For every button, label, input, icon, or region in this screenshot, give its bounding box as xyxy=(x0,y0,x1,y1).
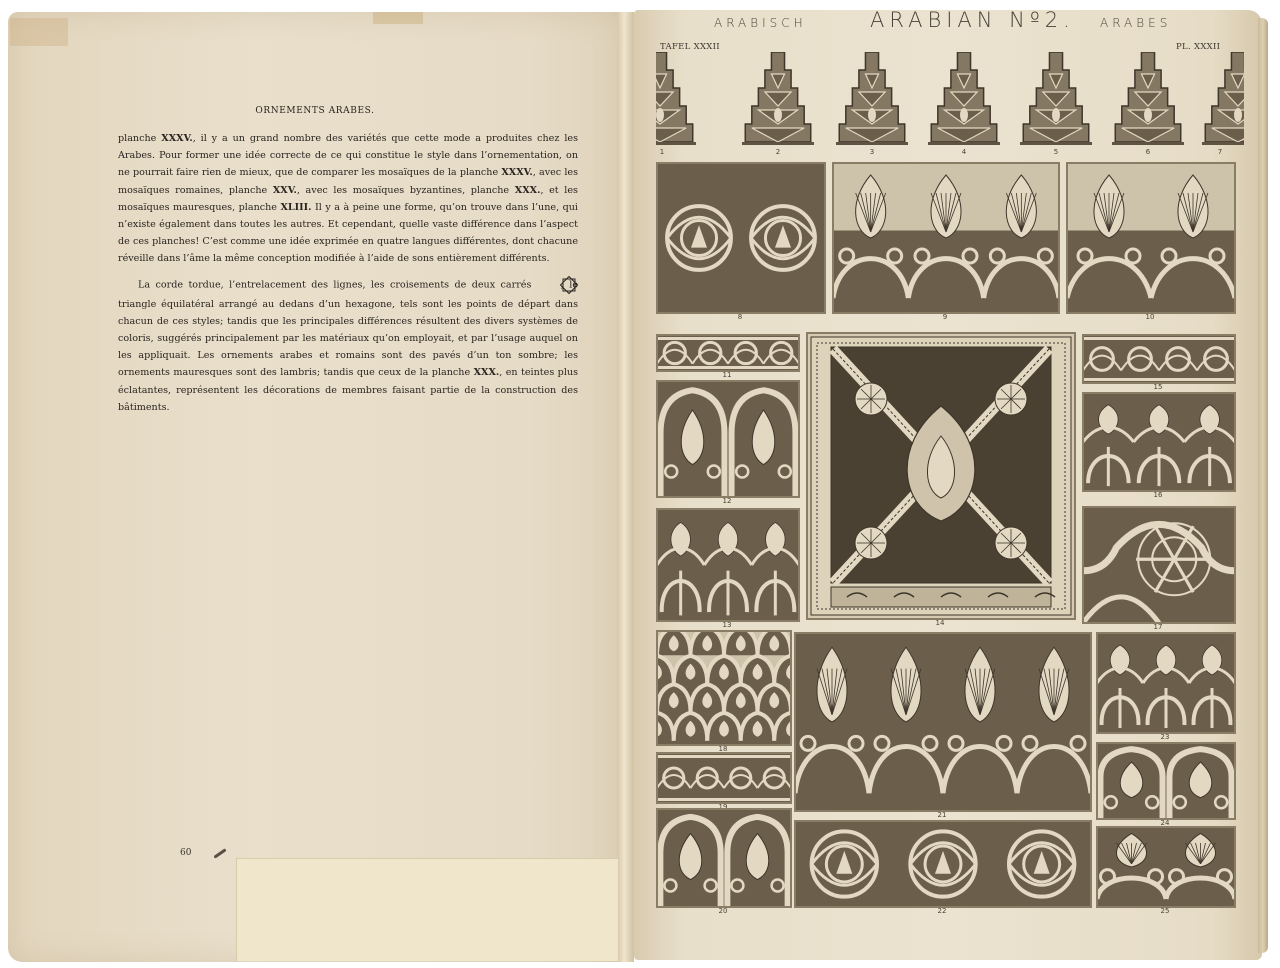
page-number: 60 xyxy=(180,848,191,858)
ornament-figure-25 xyxy=(1096,826,1236,908)
paragraph-1: planche XXXV., il y a un grand nombre de… xyxy=(118,130,578,268)
figure-number: 17 xyxy=(1154,623,1163,631)
figure-number: 11 xyxy=(723,371,732,379)
figure-number: 4 xyxy=(962,148,966,156)
merlon-row xyxy=(656,52,1230,146)
paper-stain xyxy=(373,12,423,24)
figure-number: 7 xyxy=(1218,148,1222,156)
ornament-figure-22 xyxy=(794,820,1092,908)
open-book-spread: ORNEMENTS ARABES. planche XXXV., il y a … xyxy=(0,0,1280,968)
ornament-figure-19 xyxy=(656,752,792,804)
book-gutter xyxy=(618,12,634,962)
paper-stain xyxy=(10,18,68,46)
left-text-page: ORNEMENTS ARABES. planche XXXV., il y a … xyxy=(8,12,622,962)
plate-title-french: ARABES xyxy=(1100,16,1171,30)
ornament-figure-12 xyxy=(656,380,800,498)
figure-number: 12 xyxy=(723,497,732,505)
ornament-figure-11 xyxy=(656,334,800,372)
figure-number: 13 xyxy=(723,621,732,629)
figure-number: 8 xyxy=(738,313,742,321)
page-edge xyxy=(1258,18,1268,953)
pencil-mark xyxy=(213,848,226,858)
plate-title-german: ARABISCH xyxy=(714,16,807,30)
figure-number: 15 xyxy=(1154,383,1163,391)
ornament-figure-9 xyxy=(832,162,1060,314)
ornament-figure-10 xyxy=(1066,162,1236,314)
figure-number: 21 xyxy=(938,811,947,819)
figure-number: 14 xyxy=(936,619,945,627)
figure-number: 9 xyxy=(943,313,947,321)
ornament-figure-24 xyxy=(1096,742,1236,820)
figure-number: 5 xyxy=(1054,148,1058,156)
ornament-figure-14 xyxy=(806,332,1076,620)
figure-number: 2 xyxy=(776,148,780,156)
figure-number: 23 xyxy=(1161,733,1170,741)
ornament-figure-13 xyxy=(656,508,800,622)
merlon-figure-6 xyxy=(1112,52,1184,146)
ornament-figure-8 xyxy=(656,162,826,314)
plate-title: ARABIAN Nº2. xyxy=(870,8,1075,32)
merlon-figure-3 xyxy=(836,52,908,146)
figure-number: 20 xyxy=(719,907,728,915)
ornament-figure-21 xyxy=(794,632,1092,812)
figure-number: 1 xyxy=(660,148,664,156)
merlon-figure-2 xyxy=(742,52,814,146)
body-text: planche XXXV., il y a un grand nombre de… xyxy=(118,130,578,416)
merlon-figure-5 xyxy=(1020,52,1092,146)
plate-number-french: PL. XXXII xyxy=(1176,42,1220,52)
ornament-figure-20 xyxy=(656,808,792,908)
eight-point-star-icon xyxy=(537,274,561,296)
running-head: ORNEMENTS ARABES. xyxy=(8,106,622,116)
figure-number: 16 xyxy=(1154,491,1163,499)
ornament-figure-17 xyxy=(1082,506,1236,624)
ornament-figure-23 xyxy=(1096,632,1236,734)
plate-number-german: TAFEL XXXII xyxy=(660,42,720,52)
figure-number: 25 xyxy=(1161,907,1170,915)
ornament-figure-16 xyxy=(1082,392,1236,492)
figure-number: 10 xyxy=(1146,313,1155,321)
ornament-figure-15 xyxy=(1082,334,1236,384)
paragraph-2: La corde tordue, l’entrelacement des lig… xyxy=(118,274,578,416)
figure-number: 22 xyxy=(938,907,947,915)
merlon-figure-4 xyxy=(928,52,1000,146)
inserted-paper-slip xyxy=(236,858,627,961)
figure-number: 3 xyxy=(870,148,874,156)
figure-number: 6 xyxy=(1146,148,1150,156)
ornament-figure-18 xyxy=(656,630,792,746)
